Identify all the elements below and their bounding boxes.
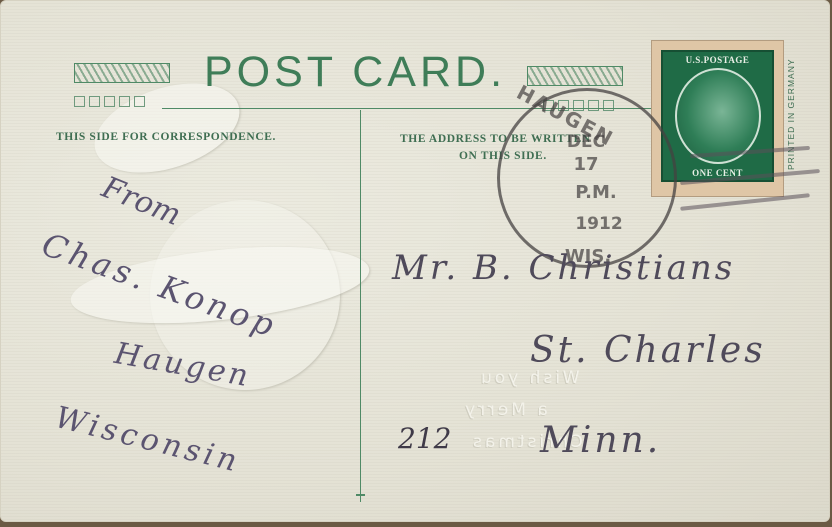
ornament-boxes-left [74, 96, 145, 107]
printed-in-germany: PRINTED IN GERMANY [786, 58, 796, 170]
postmark-month: DEC [546, 132, 626, 152]
stamp-frame: U.S.POSTAGE ONE CENT [661, 50, 774, 182]
laurel-ornament-left [74, 63, 170, 83]
stamp-top-text: U.S.POSTAGE [663, 55, 772, 65]
postcard-back: Wish you a Merry Christmas POST CARD. Th… [0, 0, 830, 522]
postmark-day: 17 [546, 154, 626, 175]
post-card-title: POST CARD. [204, 48, 506, 97]
center-divider [360, 110, 361, 502]
message-line-state: Wisconsin [52, 400, 245, 480]
address-state: Minn. [540, 420, 661, 461]
correspondence-label: This side for correspondence. [56, 131, 276, 143]
address-number: 212 [398, 422, 451, 455]
laurel-ornament-right [527, 66, 623, 86]
address-name: Mr. B. Christians [392, 248, 735, 288]
postmark-year: 1912 [559, 214, 639, 234]
address-city: St. Charles [530, 330, 766, 371]
divider-ornament [356, 494, 365, 496]
embossed-greeting-line2: a Merry [462, 400, 548, 420]
message-line-from: From [97, 170, 186, 233]
embossed-greeting-line1: Wish you [478, 368, 579, 388]
postmark-time: P.M. [556, 182, 636, 203]
